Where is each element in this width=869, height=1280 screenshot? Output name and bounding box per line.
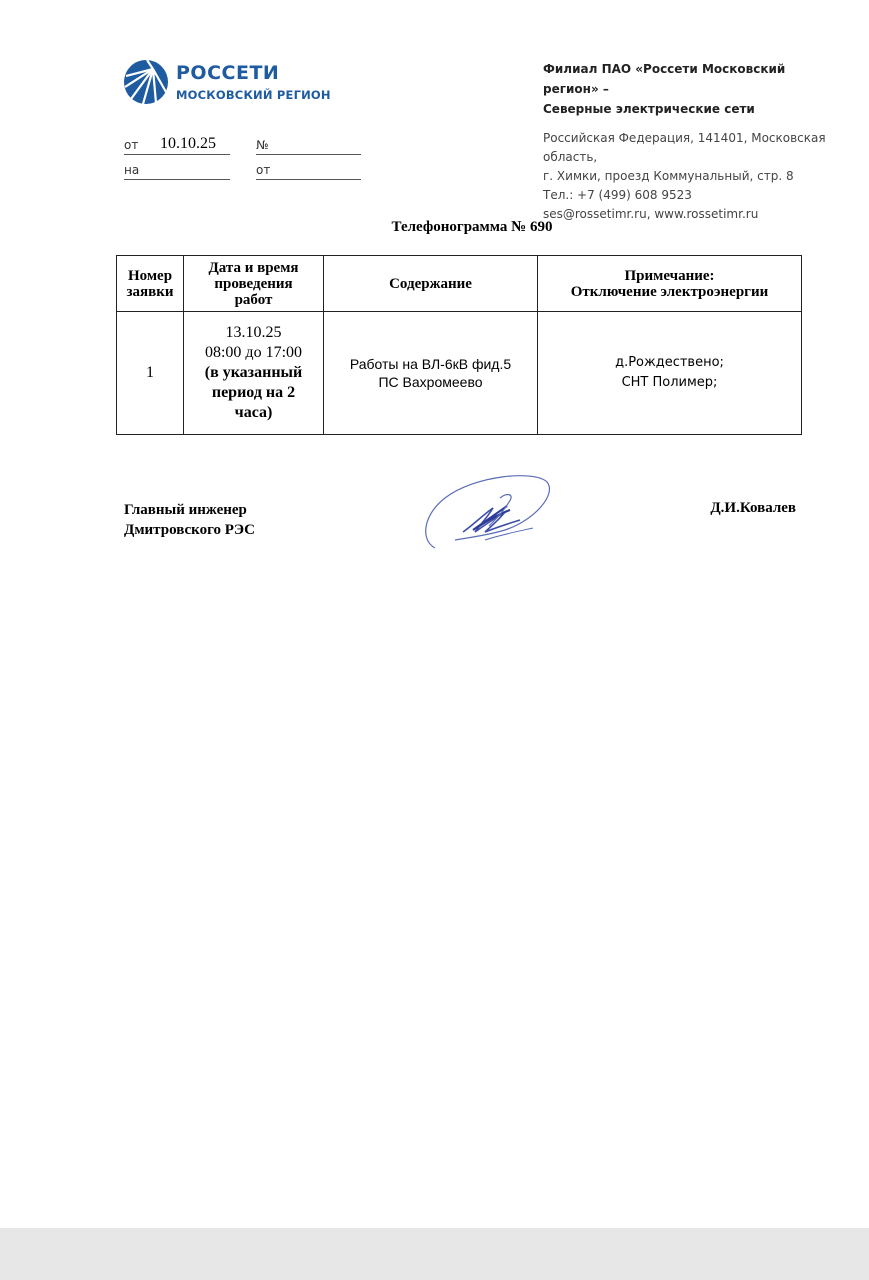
header-text: проведения — [188, 276, 319, 292]
organization-address: Российская Федерация, 141401, Московская… — [543, 129, 843, 224]
cell-content: Работы на ВЛ-6кВ фид.5 ПС Вахромеево — [324, 312, 538, 435]
note-line: СНТ Полимер; — [542, 373, 797, 393]
to-label: на — [124, 163, 139, 177]
viewer-footer-band — [0, 1228, 869, 1280]
to-field: на — [124, 161, 230, 180]
cell-note: д.Рождествено; СНТ Полимер; — [538, 312, 802, 435]
note-line: д.Рождествено; — [542, 353, 797, 373]
organization-name-line: Северные электрические сети — [543, 99, 843, 119]
signer-role: Главный инженер Дмитровского РЭС — [124, 500, 255, 540]
number-field: № — [256, 136, 361, 155]
header-text: Номер — [121, 268, 179, 284]
work-time: 08:00 до 17:00 — [188, 343, 319, 363]
organization-block: Филиал ПАО «Россети Московский регион» –… — [543, 59, 843, 224]
content-line: Работы на ВЛ-6кВ фид.5 — [328, 355, 533, 373]
content-line: ПС Вахромеево — [328, 373, 533, 391]
cell-number: 1 — [117, 312, 184, 435]
header-content: Содержание — [324, 256, 538, 312]
signer-role-line: Главный инженер — [124, 500, 255, 520]
header-text: работ — [188, 292, 319, 308]
from-date-field: от 10.10.25 — [124, 136, 230, 155]
logo-subtitle: МОСКОВСКИЙ РЕГИОН — [176, 88, 331, 102]
header-text: заявки — [121, 284, 179, 300]
header-number: Номер заявки — [117, 256, 184, 312]
handwritten-signature-icon — [415, 470, 565, 555]
requests-table: Номер заявки Дата и время проведения раб… — [116, 255, 802, 435]
header-text: Примечание: — [542, 268, 797, 284]
header-text: Содержание — [328, 276, 533, 292]
address-line: Российская Федерация, 141401, Московская… — [543, 129, 843, 167]
header-text: Отключение электроэнергии — [542, 284, 797, 300]
number-label: № — [256, 138, 268, 152]
cell-datetime: 13.10.25 08:00 до 17:00 (в указанный пер… — [184, 312, 324, 435]
from-label: от — [124, 138, 138, 152]
table-header-row: Номер заявки Дата и время проведения раб… — [117, 256, 802, 312]
header-note: Примечание: Отключение электроэнергии — [538, 256, 802, 312]
header-datetime: Дата и время проведения работ — [184, 256, 324, 312]
document-title: Телефонограмма № 690 — [0, 219, 869, 236]
date2-field: от — [256, 161, 361, 180]
date2-label: от — [256, 163, 270, 177]
organization-name-line: Филиал ПАО «Россети Московский регион» – — [543, 59, 843, 99]
document-page: РОССЕТИ МОСКОВСКИЙ РЕГИОН от 10.10.25 № … — [0, 0, 869, 1228]
period-note: часа) — [188, 403, 319, 423]
phone: Тел.: +7 (499) 608 9523 — [543, 186, 843, 205]
period-note: период на 2 — [188, 383, 319, 403]
work-date: 13.10.25 — [188, 323, 319, 343]
rosseti-globe-icon — [123, 59, 169, 105]
logo-title: РОССЕТИ — [176, 62, 279, 84]
header-text: Дата и время — [188, 260, 319, 276]
signer-name: Д.И.Ковалев — [710, 500, 796, 517]
address-line: г. Химки, проезд Коммунальный, стр. 8 — [543, 167, 843, 186]
table-row: 1 13.10.25 08:00 до 17:00 (в указанный п… — [117, 312, 802, 435]
period-note: (в указанный — [188, 363, 319, 383]
organization-name: Филиал ПАО «Россети Московский регион» –… — [543, 59, 843, 119]
from-date-value: 10.10.25 — [160, 135, 216, 153]
signer-role-line: Дмитровского РЭС — [124, 520, 255, 540]
